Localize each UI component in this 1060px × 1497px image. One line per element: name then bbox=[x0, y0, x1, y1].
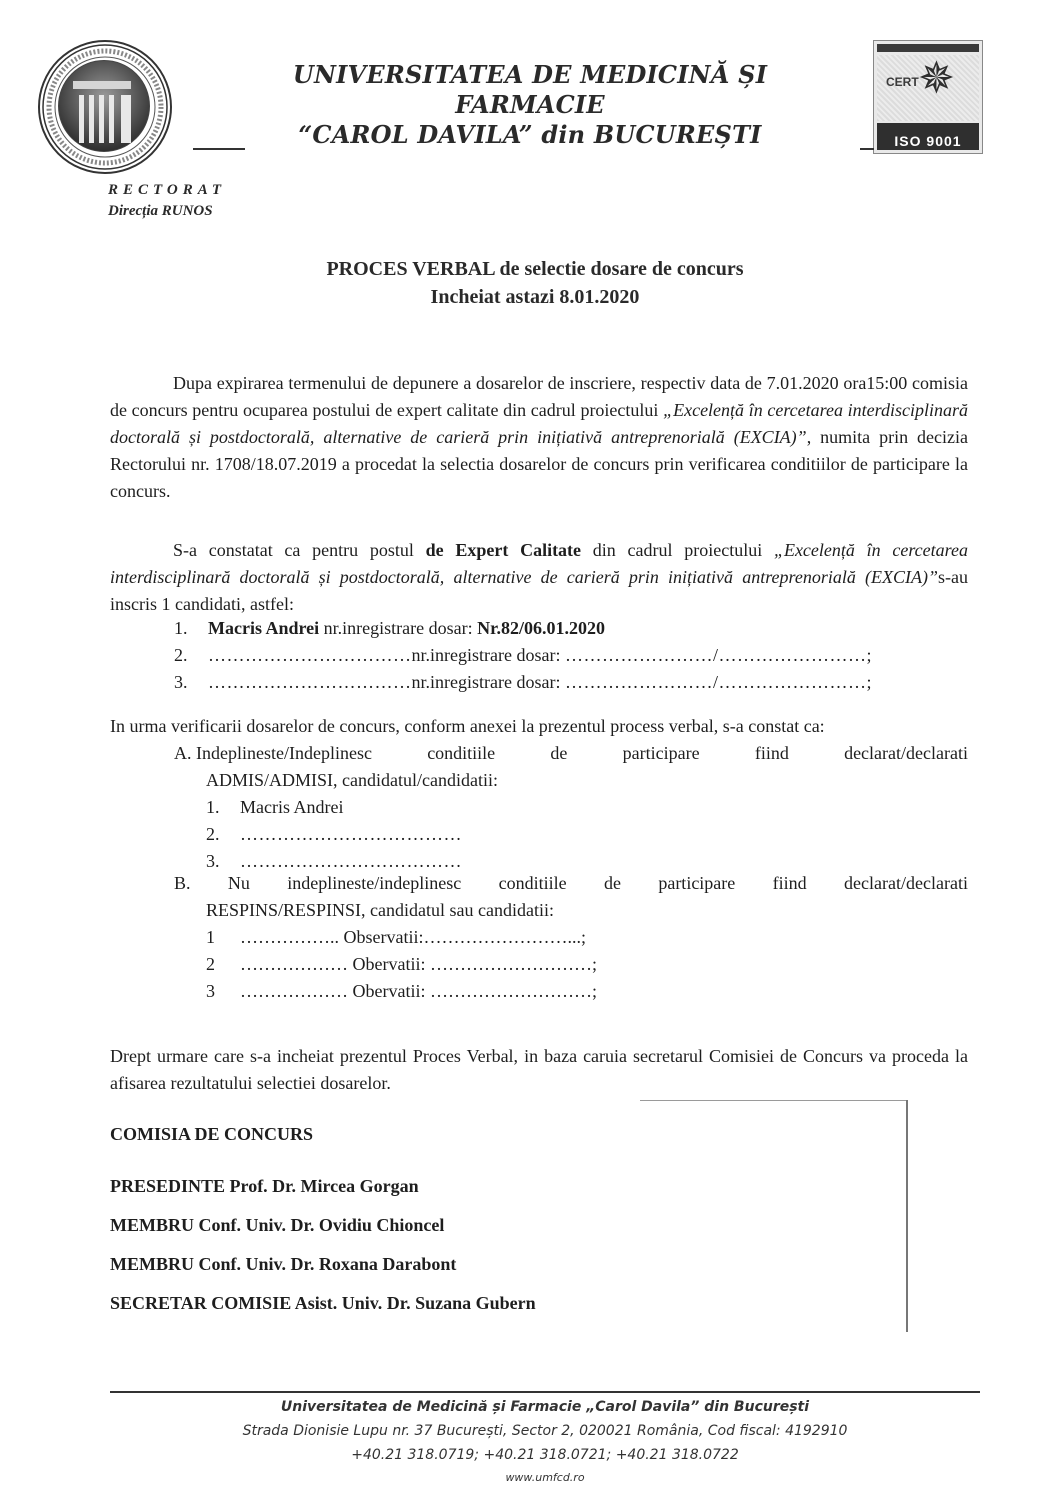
section-word: Nu bbox=[228, 870, 250, 897]
document-title: PROCES VERBAL de selectie dosare de conc… bbox=[200, 255, 870, 311]
department-label: RECTORAT bbox=[108, 182, 226, 199]
section-letter: A. bbox=[174, 743, 192, 763]
list-item: 2.……………………………… bbox=[206, 821, 968, 848]
section-word: participare bbox=[623, 740, 700, 767]
header-divider bbox=[193, 148, 245, 150]
list-item: 3.……………………………nr.inregistrare dosar: …………… bbox=[174, 669, 974, 696]
signature-box-border bbox=[640, 1100, 908, 1101]
verification-intro: In urma verificarii dosarelor de concurs… bbox=[110, 713, 968, 740]
registration-number: Nr.82/06.01.2020 bbox=[477, 618, 605, 638]
rejected-list: 1…………….. Observatii:……………………...; 2………………… bbox=[174, 924, 968, 1005]
section-word: de bbox=[604, 870, 621, 897]
item-number: 2. bbox=[206, 821, 240, 848]
commission-title: COMISIA DE CONCURS bbox=[110, 1124, 313, 1145]
section-word: declarat/declarati bbox=[844, 740, 968, 767]
list-item: 2.……………………………nr.inregistrare dosar: …………… bbox=[174, 642, 974, 669]
item-number: 3. bbox=[174, 669, 208, 696]
section-word: conditiile bbox=[427, 740, 495, 767]
admitted-name: ……………………………… bbox=[240, 851, 462, 871]
registration-label: nr.inregistrare dosar: bbox=[319, 618, 477, 638]
paragraph-expiry: Dupa expirarea termenului de depunere a … bbox=[110, 370, 968, 505]
item-number: 1. bbox=[206, 794, 240, 821]
signature-box-border bbox=[906, 1100, 908, 1332]
commission-member: PRESEDINTE Prof. Dr. Mircea Gorgan bbox=[110, 1176, 419, 1197]
title-rest: de selectie dosare de concurs bbox=[494, 258, 743, 280]
candidate-name: …………………………… bbox=[208, 672, 412, 692]
footer-address: Strada Dionisie Lupu nr. 37 București, S… bbox=[110, 1423, 980, 1439]
directorate-label: Direcția RUNOS bbox=[108, 203, 213, 220]
candidate-name: …………………………… bbox=[208, 645, 412, 665]
list-item: 1.Macris Andrei nr.inregistrare dosar: N… bbox=[174, 615, 974, 642]
item-number: 2 bbox=[206, 951, 240, 978]
commission-member: MEMBRU Conf. Univ. Dr. Ovidiu Chioncel bbox=[110, 1215, 444, 1236]
list-item: 3……………… Obervatii: ………………………; bbox=[206, 978, 968, 1005]
certind-star-icon: ✵ bbox=[918, 57, 955, 101]
paragraph-text: S-a constatat ca pentru postul bbox=[173, 540, 426, 560]
member-role: MEMBRU bbox=[110, 1215, 194, 1235]
university-name-line2: “CAROL DAVILA” din BUCUREȘTI bbox=[230, 120, 830, 150]
item-number: 2. bbox=[174, 642, 208, 669]
university-name-line1: UNIVERSITATEA DE MEDICINĂ ȘI FARMACIE bbox=[230, 60, 830, 120]
section-b: B. Nu indeplineste/indeplinesc conditiil… bbox=[174, 870, 968, 1005]
footer-university: Universitatea de Medicină și Farmacie „C… bbox=[110, 1399, 980, 1415]
cert-label: CERT bbox=[886, 75, 919, 89]
header-divider bbox=[860, 148, 874, 150]
member-role: PRESEDINTE bbox=[110, 1176, 225, 1196]
university-seal-icon bbox=[38, 40, 172, 174]
member-name: Asist. Univ. Dr. Suzana Gubern bbox=[295, 1293, 536, 1313]
section-word: fiind bbox=[773, 870, 807, 897]
commission-member: MEMBRU Conf. Univ. Dr. Roxana Darabont bbox=[110, 1254, 456, 1275]
member-name: Conf. Univ. Dr. Ovidiu Chioncel bbox=[199, 1215, 445, 1235]
item-number: 1. bbox=[174, 615, 208, 642]
registration-number: ……………………/……………………; bbox=[565, 672, 872, 692]
section-word: de bbox=[550, 740, 567, 767]
footer-phones: +40.21 318.0719; +40.21 318.0721; +40.21… bbox=[110, 1447, 980, 1463]
admitted-list: 1.Macris Andrei 2.……………………………… 3.…………………… bbox=[174, 794, 968, 875]
title-date: Incheiat astazi 8.01.2020 bbox=[200, 283, 870, 311]
admitted-name: ……………………………… bbox=[240, 824, 462, 844]
member-name: Prof. Dr. Mircea Gorgan bbox=[230, 1176, 419, 1196]
paragraph-text: din cadrul proiectului bbox=[581, 540, 774, 560]
section-word: indeplineste/indeplinesc bbox=[287, 870, 461, 897]
rejected-entry: ……………… Obervatii: ………………………; bbox=[240, 981, 597, 1001]
member-role: SECRETAR COMISIE bbox=[110, 1293, 291, 1313]
list-item: 1.Macris Andrei bbox=[206, 794, 968, 821]
section-word: Indeplineste/Indeplinesc bbox=[196, 743, 372, 763]
rejected-entry: ……………… Obervatii: ………………………; bbox=[240, 954, 597, 974]
section-b-line1: B. Nu indeplineste/indeplinesc conditiil… bbox=[174, 870, 968, 897]
post-name: de Expert Calitate bbox=[426, 540, 581, 560]
rejected-entry: …………….. Observatii:……………………...; bbox=[240, 927, 586, 947]
item-number: 3 bbox=[206, 978, 240, 1005]
section-a-line2: ADMIS/ADMISI, candidatul/candidatii: bbox=[174, 767, 968, 794]
iso-label: ISO 9001 bbox=[877, 133, 979, 149]
registration-label: nr.inregistrare dosar: bbox=[412, 645, 565, 665]
member-role: MEMBRU bbox=[110, 1254, 194, 1274]
section-word: participare bbox=[658, 870, 735, 897]
list-item: 2……………… Obervatii: ………………………; bbox=[206, 951, 968, 978]
section-letter: B. bbox=[174, 870, 191, 897]
paragraph-candidates: S-a constatat ca pentru postul de Expert… bbox=[110, 537, 968, 618]
iso-certification-badge: CERT ✵ ISO 9001 bbox=[873, 40, 983, 154]
member-name: Conf. Univ. Dr. Roxana Darabont bbox=[199, 1254, 457, 1274]
registration-number: ……………………/……………………; bbox=[565, 645, 872, 665]
footer-divider bbox=[110, 1391, 980, 1393]
candidate-list: 1.Macris Andrei nr.inregistrare dosar: N… bbox=[174, 615, 974, 696]
conclusion-paragraph: Drept urmare care s-a incheiat prezentul… bbox=[110, 1043, 968, 1097]
commission-member: SECRETAR COMISIE Asist. Univ. Dr. Suzana… bbox=[110, 1293, 536, 1314]
section-word: conditiile bbox=[499, 870, 567, 897]
list-item: 1…………….. Observatii:……………………...; bbox=[206, 924, 968, 951]
footer-website-link[interactable]: www.umfcd.ro bbox=[110, 1471, 980, 1484]
item-number: 1 bbox=[206, 924, 240, 951]
section-a-line1: A. Indeplineste/Indeplinesc conditiile d… bbox=[174, 740, 968, 767]
admitted-name: Macris Andrei bbox=[240, 797, 343, 817]
section-b-line2: RESPINS/RESPINSI, candidatul sau candida… bbox=[174, 897, 968, 924]
candidate-name: Macris Andrei bbox=[208, 618, 319, 638]
section-a: A. Indeplineste/Indeplinesc conditiile d… bbox=[174, 740, 968, 875]
registration-label: nr.inregistrare dosar: bbox=[412, 672, 565, 692]
university-name: UNIVERSITATEA DE MEDICINĂ ȘI FARMACIE “C… bbox=[230, 60, 830, 150]
section-word: declarat/declarati bbox=[844, 870, 968, 897]
title-bold: PROCES VERBAL bbox=[326, 258, 494, 280]
section-word: fiind bbox=[755, 740, 789, 767]
